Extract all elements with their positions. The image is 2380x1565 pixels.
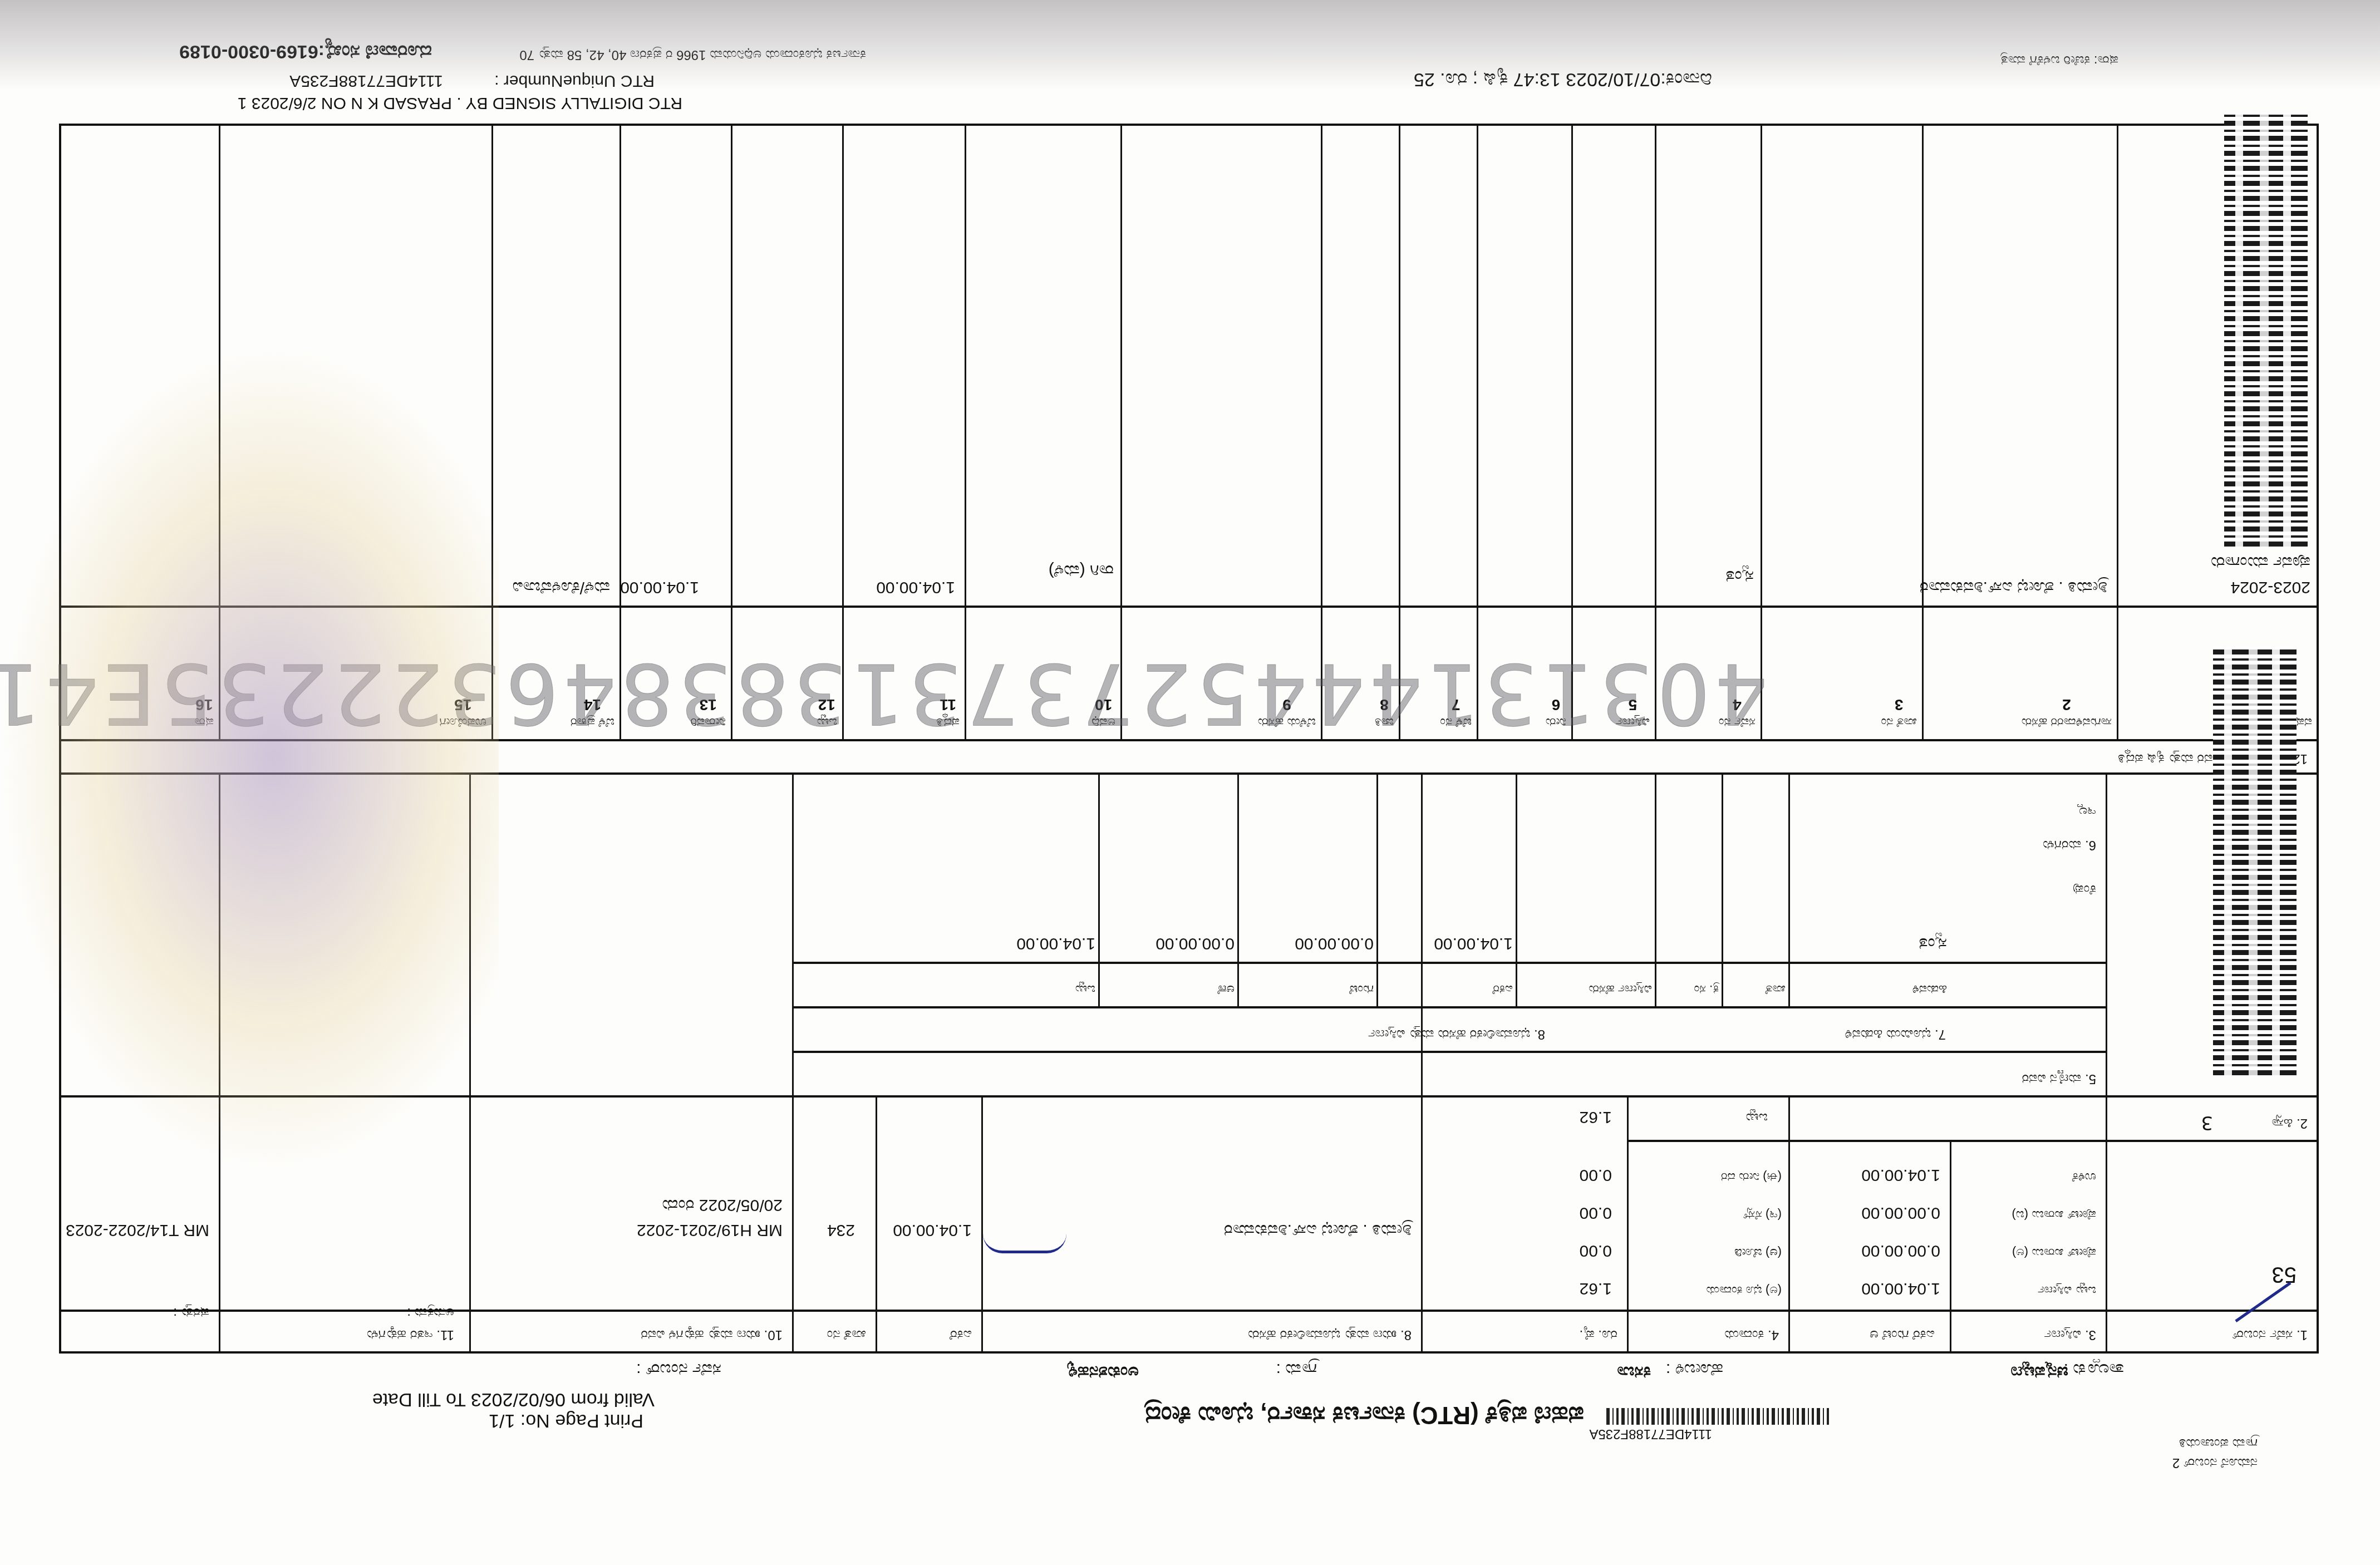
other-rights-value: MR T14/2022-2023 [66,1220,209,1239]
area-units-header: ಎಕರೆ ಗುಂಟೆ ಆ [1870,1327,1935,1342]
tree-value: ಇಲ್ಲ [2077,804,2096,819]
tenure-cell: 1.04.00.00 [1434,934,1513,953]
divider [1376,775,1378,1008]
valid-from: Valid from 06/02/2023 To Till Date [372,1389,655,1410]
divider [1788,775,1790,1008]
tenure-col-header: ಆಣೆ [1217,982,1235,998]
area-row-value: 1.04.00.00 [1861,1279,1940,1298]
pen-arrow-mark [983,1234,1066,1253]
divider [1788,1098,1790,1354]
tenure-col-header: ಒಟ್ಟು [1074,982,1095,998]
divider [981,1098,983,1354]
crop-col-header: ಖಾತೆ ನಂ3 [1881,696,1917,731]
scan-shadow [0,0,2380,90]
divider [794,1051,2107,1053]
crop-name: ರಾಗಿ (ಮಳೆ) [1049,561,1114,580]
other-rights-sub2: ಷರತ್ತು : [173,1305,209,1320]
tax-row-value: 1.62 [1580,1279,1612,1298]
crop-irrigation: ಮಳೆ/ಕೊಳವೆಬಾವಿ [513,578,610,597]
form-number: ನಮೂನೆ ನಂಬರ್ 2 [2172,1455,2258,1470]
survey-no-label: 1. ಸರ್ವೆ ನಂಬರ್ [2232,1327,2308,1342]
hissa-value: 3 [2201,1111,2213,1134]
total-tax-value: 1.62 [1580,1108,1612,1126]
other-rights-header: 11. ಇತರ ಹಕ್ಕುಗಳು [367,1327,454,1342]
divider [1722,775,1723,1008]
tree-label: 6. ಮರಗಳು [2043,837,2096,853]
soil-label: 5. ಮಣ್ಣಿನ ವಿವರ [2022,1071,2096,1086]
crop-col-header: ಸಾಗುವಳಿದಾರರ ಹೆಸರು2 [2022,696,2112,731]
owner-area: 1.04.00.00 [893,1220,972,1239]
print-page-no: Print Page No: 1/1 [489,1410,643,1431]
tenure-col-header: ಖಾತೆ [1766,982,1786,998]
divider [794,962,2107,964]
tenure-col-header: ಗುಂಟೆ [1349,982,1374,998]
taluk-label: ತಾಲ್ಲೂಕು : [2064,1360,2124,1379]
divider [876,1098,877,1354]
tax-header: 4. ಕಂದಾಯ [1724,1327,1779,1342]
barcode-id-text: 1114DE77188F235A [1589,1426,1712,1441]
tenure-cell: 0.00.00.00 [1155,934,1235,953]
divider [1629,1140,2319,1142]
tenure-col-header: ಎಕರೆ [1492,982,1513,998]
mutation-number: MR H19/2021-2022 [637,1220,783,1239]
form-sublabel: ಗ್ರಾಮ ಪಂಚಾಯತಿ [2179,1435,2258,1451]
village-label: ಗ್ರಾಮ : [1276,1360,1317,1379]
crop-year: 2023-2024 [2231,578,2310,597]
tax-row-label: (ಅ) ಭೂ ಕಂದಾಯ [1706,1283,1782,1298]
tax-row-label: (ಇ) ಸೆಸ್ಸ್ [1743,1208,1782,1222]
divider [1950,1142,1951,1354]
digital-signature: RTC DIGITALLY SIGNED BY . PRASAD K N ON … [238,93,682,112]
area-row-label: ಪೋಟ್ ಖರಾಬು (ಅ) [2012,1246,2096,1260]
soil-value: ಕೆಂಪು [2073,882,2096,897]
taluk-value: ಚನ್ನಪಟ್ಟಣ [2011,1362,2068,1381]
divider [792,775,794,1354]
tenure-col-header: ವಿಸ್ತೀರ್ಣ ಹೆಸರು [1589,982,1652,998]
tax-row-value: 0.00 [1580,1165,1612,1184]
tenure-cell: ಸ್ವಂತ [1919,934,1948,953]
total-tax-label: ಒಟ್ಟು [1745,1110,1768,1125]
barcode-1d [1606,1408,1829,1425]
other-rights-sub1: ಅನುಕ್ರಮ : [407,1305,454,1320]
divider [1516,775,1517,1008]
area-row-value: 0.00.00.00 [1861,1203,1940,1222]
tax-row-label: (ಈ) ನೀರು ದರ [1721,1170,1782,1184]
owner-header: 8. ಋಣ ಮತ್ತು ಭೂಮಾಲೀಕರ ಹೆಸರು [1248,1327,1412,1342]
rtc-document-page: ನಮೂನೆ ನಂಬರ್ 2 ಗ್ರಾಮ ಪಂಚಾಯತಿ 1114DE77188F… [0,0,2380,1565]
tax-row-label: (ಆ) ಜೋಡಿ [1734,1246,1782,1260]
area-row-value: 0.00.00.00 [1861,1241,1940,1260]
divider [1655,775,1656,1008]
document-title: ಪಹಣಿ ಪತ್ರಿಕೆ (RTC) ಕರ್ನಾಟಕ ಸರ್ಕಾರ, ಭೂಮಿ … [1144,1401,1584,1429]
tenure-col-header: ಹಿಡುವಳಿ [1912,982,1947,998]
tax-units-header: ರೂ. ಪೈ. [1580,1327,1617,1342]
tax-row-value: 0.00 [1580,1203,1612,1222]
owner-name: ಶ್ರೀಮತಿ . ಶೋಭ ಎಸ್.ಶಿವಕುಮಾರ [1224,1220,1412,1239]
divider [2117,124,2118,741]
owners-area-label: 8. ಭೂಮಾಲೀಕರ ಹೆಸರು ಮತ್ತು ವಿಸ್ತೀರ್ಣ [1368,1026,1545,1042]
tenure-cell: 0.00.00.00 [1295,934,1374,953]
crop-survey: ಸ್ವಂತ [1726,567,1754,585]
tenure-cell: 1.04.00.00 [1016,934,1095,953]
divider [1098,775,1100,1008]
tax-row-value: 0.00 [1580,1241,1612,1260]
divider [1627,1098,1629,1354]
crop-area: 1.04.00.00 [876,578,955,597]
village-value: ಅಂಕುಶನಹಳ್ಳಿ [1068,1362,1139,1381]
tenure-label: 7. ಭೂಮಿಯ ಹಿಡುವಳಿ [1845,1026,1946,1042]
area-row-value: 1.04.00.00 [1861,1165,1940,1184]
divider [794,1006,2107,1008]
crop-total: 1.04.00.00 [620,578,699,597]
hissa-label: 2. ಹಿಸ್ಸಾ [2270,1115,2308,1131]
owner-area-header: ಎಕರೆ [950,1327,972,1342]
crop-cultivator: ಶ್ರೀಮತಿ . ಶೋಭ ಎಸ್.ಶಿವಕುಮಾರ [1920,578,2107,597]
area-row-label: ಪೋಟ್ ಖರಾಬು (ಬ) [2012,1208,2096,1222]
crop-season: ಪೂರ್ವ ಮುಂಗಾರು [2211,553,2310,572]
divider [2106,775,2107,1354]
rights-header: 10. ಋಣ ಮತ್ತು ಹಕ್ಕುಗಳ ವಿವರ [641,1327,783,1342]
owner-khata-no: 234 [827,1220,855,1239]
survey-header-label: ಸರ್ವೆ ನಂಬರ್ : [636,1360,721,1379]
pdf417-barcode-top [2224,112,2308,547]
area-row-label: ಉಳಿಕೆ [2072,1170,2096,1184]
scan-stain [0,341,499,1175]
divider [1421,775,1423,1354]
area-row-label: ಒಟ್ಟು ವಿಸ್ತೀರ್ಣ [2038,1283,2096,1298]
area-header: 3. ವಿಸ್ತೀರ್ಣ [2044,1327,2096,1342]
divider [1922,124,1924,741]
tenure-col-header: ಕ್ರ. ಸಂ [1694,982,1719,998]
divider [1237,775,1239,1008]
mutation-date: 20/05/2022 ರಂದು [662,1195,783,1214]
pdf417-barcode-bottom [2213,647,2297,1075]
divider [59,1310,2319,1312]
hobli-value: ಕಸಬಾ [1617,1362,1651,1381]
hobli-label: ಹೋಬಳಿ : [1666,1360,1723,1379]
owner-khata-header: ಖಾತೆ ನಂ [827,1327,866,1342]
survey-no-value: 53 [2272,1262,2297,1287]
